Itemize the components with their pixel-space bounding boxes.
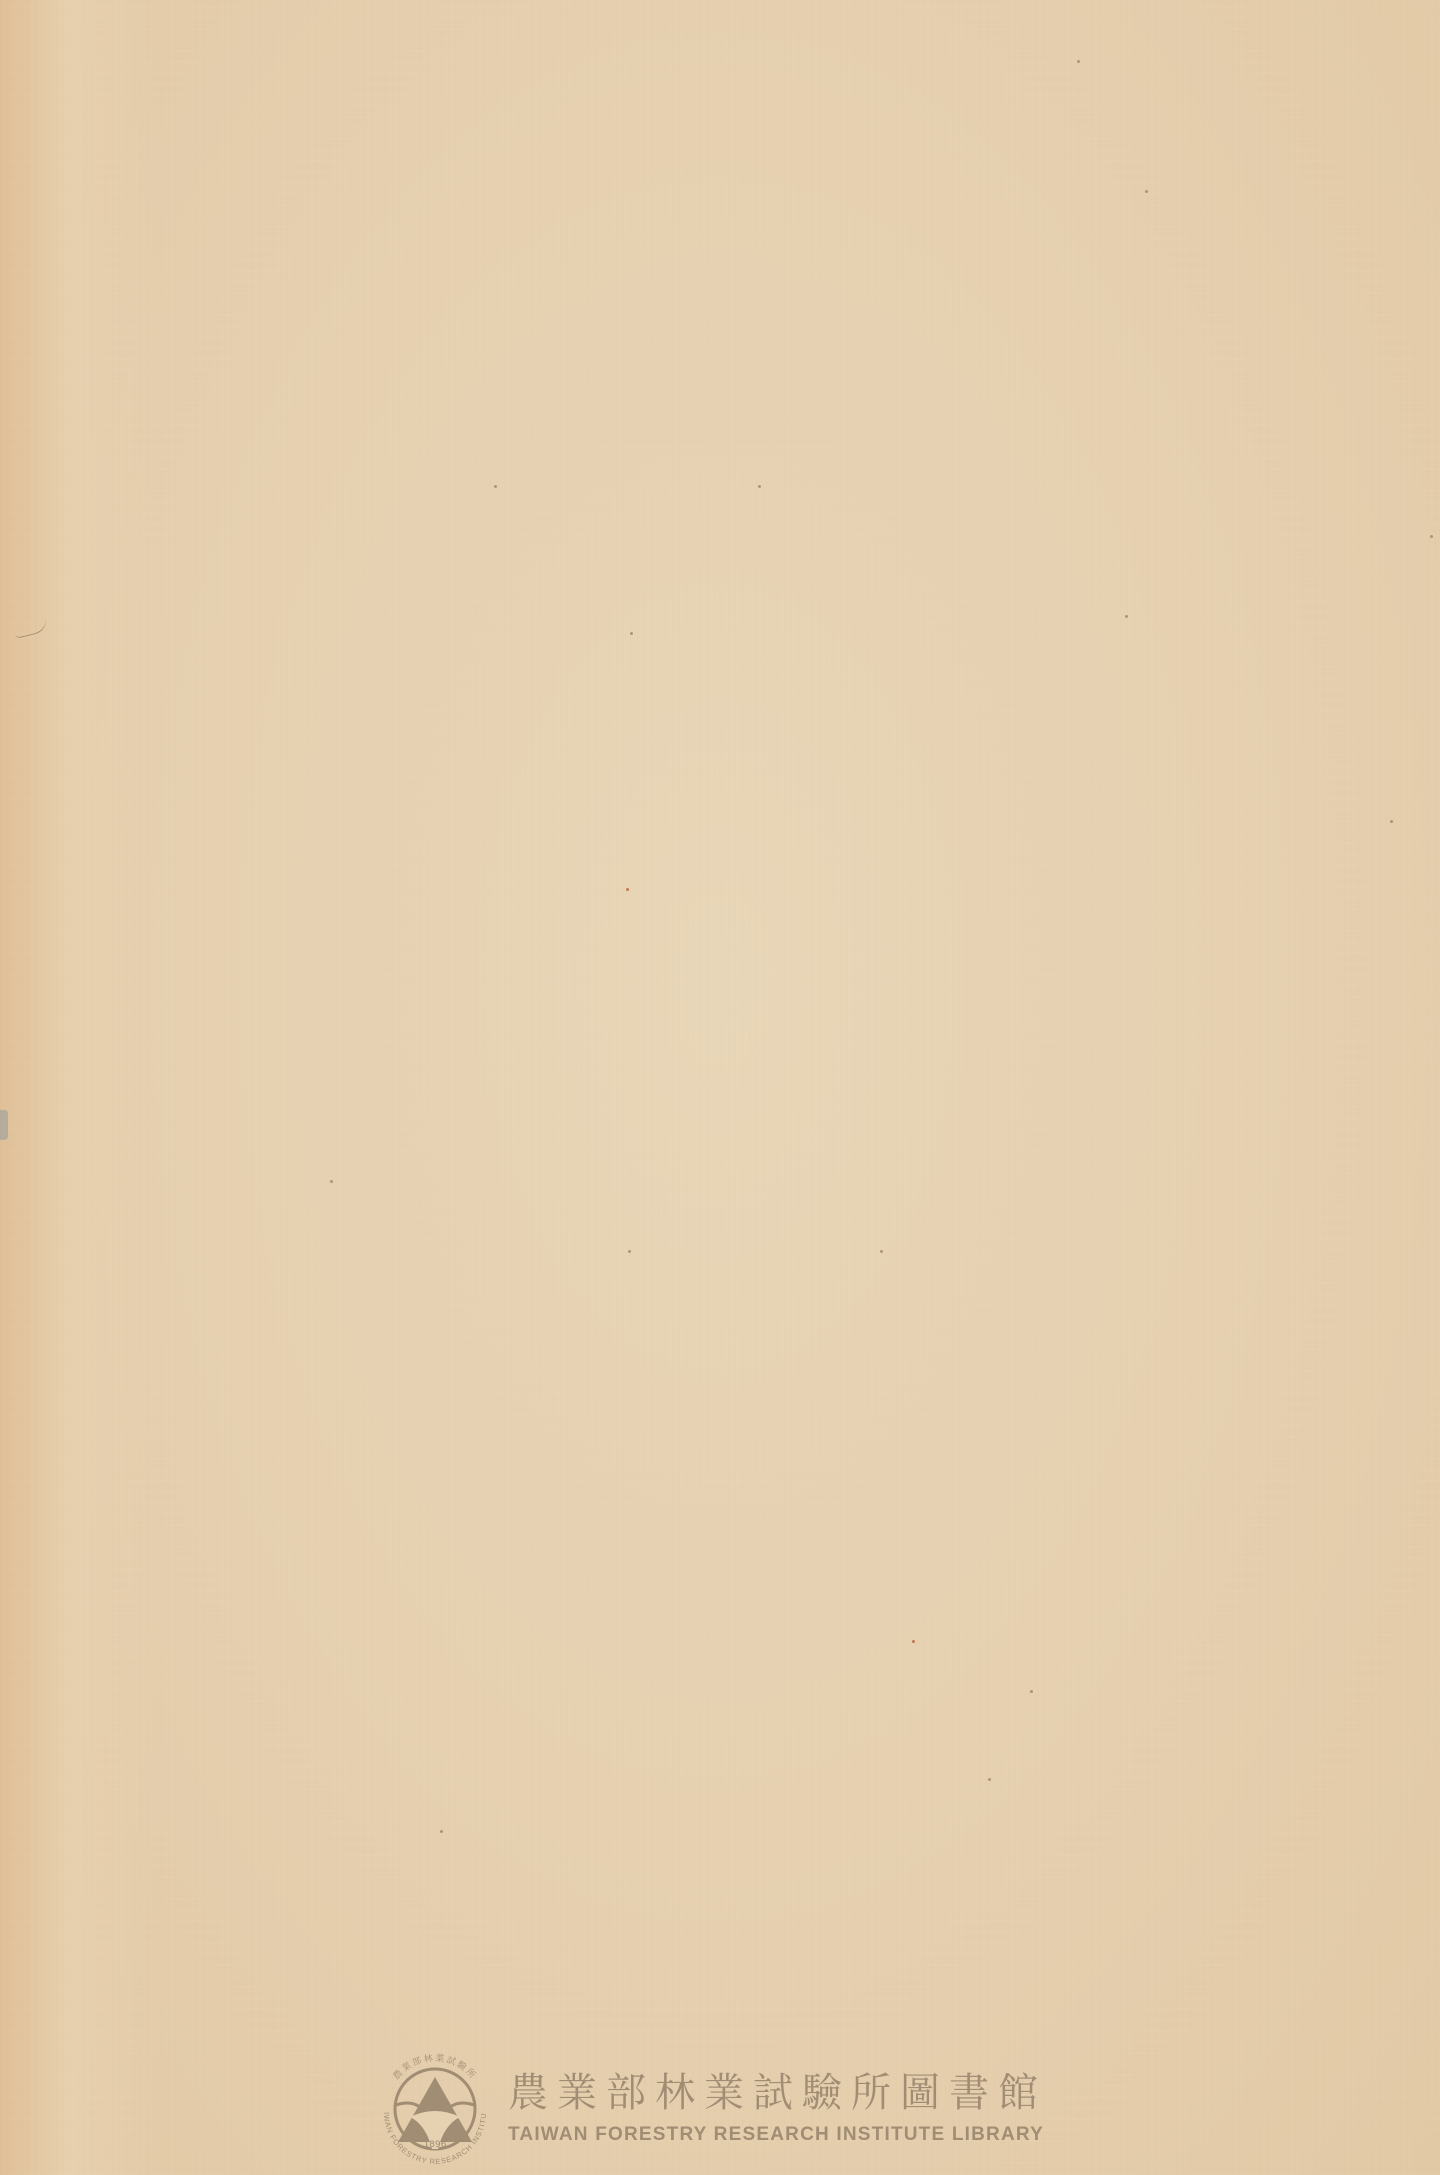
paper-scratch: [13, 616, 50, 639]
paper-speck: [912, 1640, 915, 1643]
paper-speck: [1125, 615, 1128, 618]
paper-speck: [880, 1250, 883, 1253]
paper-speck: [1430, 535, 1433, 538]
seal-ring-text-cn: 農業部林業試驗所: [390, 2052, 479, 2082]
paper-speck: [626, 888, 629, 891]
paper-speck: [440, 1830, 443, 1833]
paper-speck: [1030, 1690, 1033, 1693]
paper-speck: [494, 485, 497, 488]
library-watermark: 1896 農業部林業試驗所 TAIWAN FORESTRY RESEARCH I…: [374, 2048, 1074, 2168]
watermark-text: 農業部林業試驗所圖書館 TAIWAN FORESTRY RESEARCH INS…: [508, 2069, 1047, 2147]
svg-text:農業部林業試驗所: 農業部林業試驗所: [390, 2052, 479, 2082]
seal-year: 1896: [424, 2140, 447, 2150]
paper-speck: [1077, 60, 1080, 63]
paper-grain: [0, 0, 1440, 2175]
paper-speck: [1145, 190, 1148, 193]
edge-stain: [0, 1110, 8, 1140]
paper-speck: [758, 485, 761, 488]
paper-speck: [628, 1250, 631, 1253]
library-name-chinese: 農業部林業試驗所圖書館: [508, 2069, 1047, 2117]
paper-speck: [988, 1778, 991, 1781]
blank-page: 1896 農業部林業試驗所 TAIWAN FORESTRY RESEARCH I…: [0, 0, 1440, 2175]
paper-speck: [630, 632, 633, 635]
paper-speck: [1390, 820, 1393, 823]
paper-speck: [330, 1180, 333, 1183]
forestry-institute-seal-icon: 1896 農業部林業試驗所 TAIWAN FORESTRY RESEARCH I…: [374, 2047, 496, 2169]
library-name-english: TAIWAN FORESTRY RESEARCH INSTITUTE LIBRA…: [508, 2123, 1047, 2147]
